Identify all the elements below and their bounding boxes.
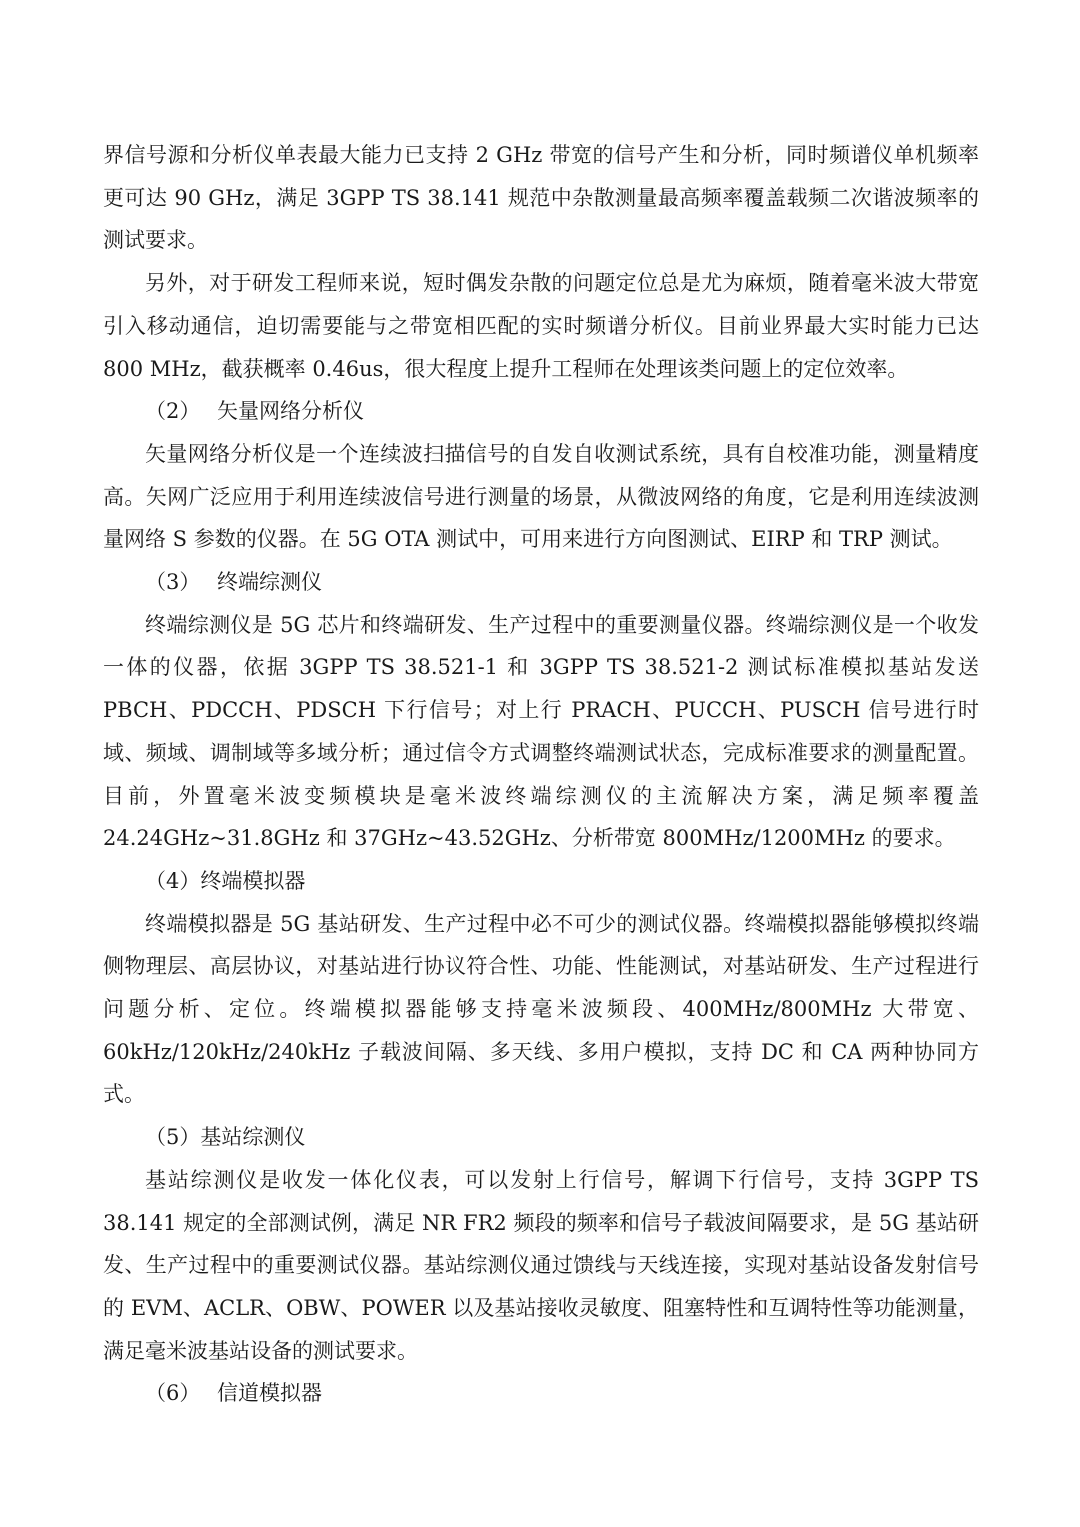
paragraph-base-station-tester: 基站综测仪是收发一体化仪表，可以发射上行信号，解调下行信号，支持 3GPP TS… xyxy=(103,1159,979,1373)
section-heading-terminal-simulator: （4）终端模拟器 xyxy=(103,860,979,903)
paragraph-vna: 矢量网络分析仪是一个连续波扫描信号的自发自收测试系统，具有自校准功能，测量精度高… xyxy=(103,433,979,561)
section-number: （4） xyxy=(145,860,200,903)
paragraph-signal-analyzer-continued: 界信号源和分析仪单表最大能力已支持 2 GHz 带宽的信号产生和分析，同时频谱仪… xyxy=(103,134,979,262)
section-heading-channel-emulator: （6）信道模拟器 xyxy=(103,1372,979,1415)
section-number: （3） xyxy=(145,561,217,604)
section-title: 基站综测仪 xyxy=(200,1125,305,1149)
section-heading-vna: （2）矢量网络分析仪 xyxy=(103,390,979,433)
section-title: 矢量网络分析仪 xyxy=(217,399,364,423)
section-title: 终端模拟器 xyxy=(200,869,305,893)
section-title: 终端综测仪 xyxy=(217,570,322,594)
section-number: （6） xyxy=(145,1372,217,1415)
section-heading-terminal-tester: （3）终端综测仪 xyxy=(103,561,979,604)
section-number: （5） xyxy=(145,1116,200,1159)
section-heading-base-station-tester: （5）基站综测仪 xyxy=(103,1116,979,1159)
paragraph-terminal-tester: 终端综测仪是 5G 芯片和终端研发、生产过程中的重要测量仪器。终端综测仪是一个收… xyxy=(103,604,979,860)
section-title: 信道模拟器 xyxy=(217,1381,322,1405)
document-page: 界信号源和分析仪单表最大能力已支持 2 GHz 带宽的信号产生和分析，同时频谱仪… xyxy=(103,134,979,1415)
paragraph-realtime-spectrum: 另外，对于研发工程师来说，短时偶发杂散的问题定位总是尤为麻烦，随着毫米波大带宽引… xyxy=(103,262,979,390)
paragraph-terminal-simulator: 终端模拟器是 5G 基站研发、生产过程中必不可少的测试仪器。终端模拟器能够模拟终… xyxy=(103,903,979,1117)
section-number: （2） xyxy=(145,390,217,433)
